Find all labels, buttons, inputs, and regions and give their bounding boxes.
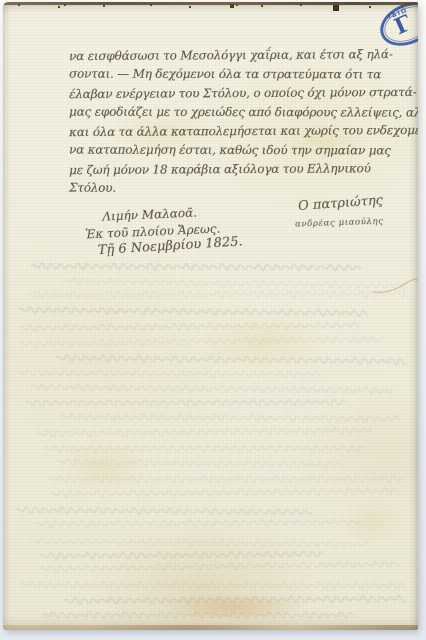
bleedthrough-line xyxy=(24,392,347,412)
letter-line: έλαβαν ενέργειαν του Στόλου, ο οποίος όχ… xyxy=(69,83,418,104)
paper-stain xyxy=(183,302,343,382)
bleedthrough-line xyxy=(15,363,322,383)
bleedthrough-line xyxy=(17,329,385,353)
letter-line: και όλα τα άλλα καταπολεμήσεται και χωρί… xyxy=(69,121,418,142)
paper-stain xyxy=(333,492,413,552)
bleedthrough-line xyxy=(38,554,403,578)
letter-line: σονται. — Μη δεχόμενοι όλα τα στρατεύματ… xyxy=(69,65,418,85)
bleedthrough-line xyxy=(42,438,364,457)
place-date-block: Λιμήν Μαλαοᾶ. Ἐκ τοῦ πλοίου Ἄρεως. Τῇ 6 … xyxy=(82,203,243,259)
paper-sheet: ΙΔΙΩ Γ να εισφθάσωσι το Μεσολόγγι χαΐρια… xyxy=(3,2,418,630)
bleedthrough-line xyxy=(17,300,368,322)
paper-stain xyxy=(143,590,323,624)
letter-line: να εισφθάσωσι το Μεσολόγγι χαΐρια, και έ… xyxy=(69,45,418,66)
bleedthrough-line xyxy=(60,407,401,428)
paper-stain xyxy=(43,432,163,502)
bleedthrough-line xyxy=(24,284,406,304)
bleedthrough-line xyxy=(38,544,324,565)
bleedthrough-line xyxy=(30,377,396,400)
bleedthrough-line xyxy=(41,604,355,623)
bleedthrough-line xyxy=(61,271,406,295)
bleedthrough-line xyxy=(13,500,313,521)
letter-line: να καταπολεμήση έσται, καθώς ιδού την ση… xyxy=(69,141,418,161)
bleedthrough-line xyxy=(54,348,406,370)
bleedthrough-line xyxy=(48,481,399,503)
bleedthrough-line xyxy=(47,469,406,488)
paper-top-edge xyxy=(3,2,418,5)
letter-line: με ζωή μόνον 18 καράβια αξιόλογα του Ελλ… xyxy=(69,159,418,180)
bleedthrough-line xyxy=(17,315,360,337)
paper-bottom-edge xyxy=(3,625,418,630)
bleedthrough-line xyxy=(63,588,407,609)
bleedthrough-line xyxy=(29,531,369,554)
scratch-mark xyxy=(371,278,418,296)
bleedthrough-line xyxy=(30,256,363,277)
bleedthrough-line xyxy=(35,420,374,443)
bleedthrough-line xyxy=(19,575,406,595)
scanned-letter-page: ΙΔΙΩ Γ να εισφθάσωσι το Μεσολόγγι χαΐρια… xyxy=(0,0,426,640)
letter-body: να εισφθάσωσι το Μεσολόγγι χαΐρια, και έ… xyxy=(69,46,418,198)
bleedthrough-line xyxy=(33,512,362,533)
bleedthrough-line xyxy=(56,452,345,474)
letter-line: μας εφοδιάζει με το χρειώδες από διαφόρο… xyxy=(69,103,418,123)
signature-name: ανδρέας μιαούλης xyxy=(295,216,384,229)
